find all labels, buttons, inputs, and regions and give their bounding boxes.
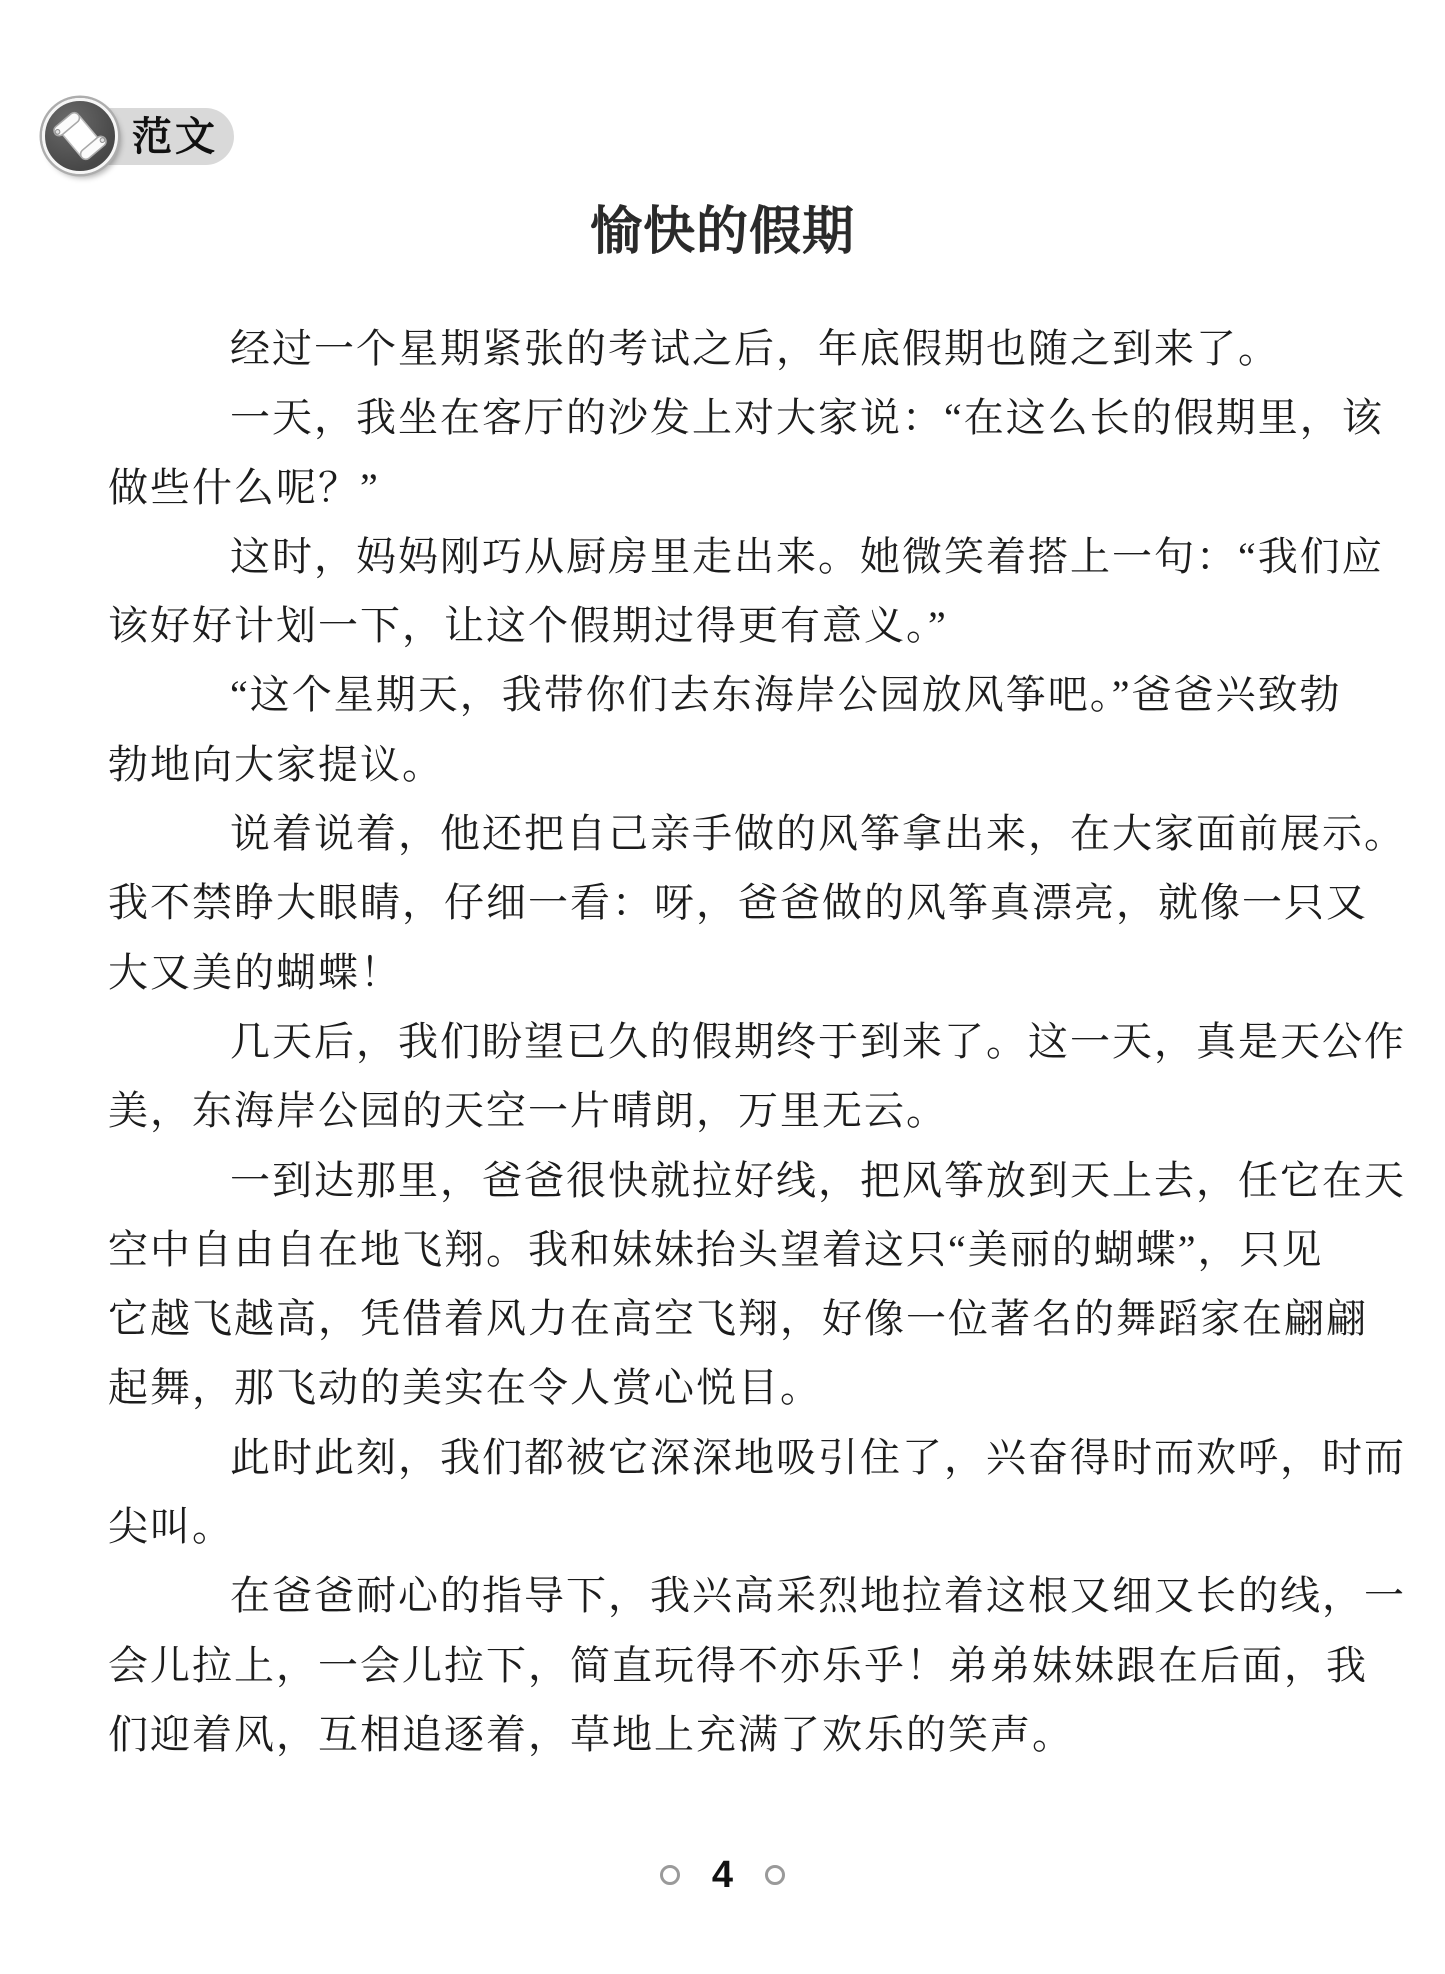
text-line: 经过一个星期紧张的考试之后，年底假期也随之到来了。 — [108, 314, 1338, 383]
badge-label: 范文 — [132, 117, 218, 157]
page-footer: 4 — [0, 1856, 1445, 1894]
footer-ring-right-icon — [765, 1865, 785, 1885]
text-line: 空中自由自在地飞翔。我和妹妹抬头望着这只“美丽的蝴蝶”，只见 — [108, 1215, 1338, 1284]
text-line: 勃地向大家提议。 — [108, 730, 1338, 799]
scroll-icon — [42, 98, 118, 174]
text-line: 大又美的蝴蝶！ — [108, 938, 1338, 1007]
essay-title: 愉快的假期 — [0, 202, 1445, 262]
footer-ring-left-icon — [660, 1865, 680, 1885]
text-line: 会儿拉上，一会儿拉下，简直玩得不亦乐乎！弟弟妹妹跟在后面，我 — [108, 1631, 1338, 1700]
book-page: 范文 愉快的假期 经过一个星期紧张的考试之后，年底假期也随之到来了。一天，我坐在… — [0, 0, 1445, 1974]
text-line: 做些什么呢？” — [108, 453, 1338, 522]
text-line: 这时，妈妈刚巧从厨房里走出来。她微笑着搭上一句：“我们应 — [108, 522, 1338, 591]
text-line: 一天，我坐在客厅的沙发上对大家说：“在这么长的假期里，该 — [108, 383, 1338, 452]
text-line: 它越飞越高，凭借着风力在高空飞翔，好像一位著名的舞蹈家在翩翩 — [108, 1284, 1338, 1353]
text-line: 在爸爸耐心的指导下，我兴高采烈地拉着这根又细又长的线，一 — [108, 1561, 1338, 1630]
text-line: 尖叫。 — [108, 1492, 1338, 1561]
text-line: “这个星期天，我带你们去东海岸公园放风筝吧。”爸爸兴致勃 — [108, 660, 1338, 729]
text-line: 此时此刻，我们都被它深深地吸引住了，兴奋得时而欢呼，时而 — [108, 1423, 1338, 1492]
text-line: 我不禁睁大眼睛，仔细一看：呀，爸爸做的风筝真漂亮，就像一只又 — [108, 868, 1338, 937]
text-line: 美，东海岸公园的天空一片晴朗，万里无云。 — [108, 1076, 1338, 1145]
article-body: 经过一个星期紧张的考试之后，年底假期也随之到来了。一天，我坐在客厅的沙发上对大家… — [108, 314, 1338, 1769]
text-line: 起舞，那飞动的美实在令人赏心悦目。 — [108, 1353, 1338, 1422]
text-line: 说着说着，他还把自己亲手做的风筝拿出来，在大家面前展示。 — [108, 799, 1338, 868]
text-line: 该好好计划一下，让这个假期过得更有意义。” — [108, 591, 1338, 660]
text-line: 一到达那里，爸爸很快就拉好线，把风筝放到天上去，任它在天 — [108, 1146, 1338, 1215]
text-line: 几天后，我们盼望已久的假期终于到来了。这一天，真是天公作 — [108, 1007, 1338, 1076]
section-badge: 范文 — [42, 98, 242, 176]
scanned-book-page: { "colors": { "pill_bg": "#d9d9d9", "bad… — [0, 0, 1445, 1974]
text-line: 们迎着风，互相追逐着，草地上充满了欢乐的笑声。 — [108, 1700, 1338, 1769]
page-number: 4 — [712, 1856, 733, 1894]
